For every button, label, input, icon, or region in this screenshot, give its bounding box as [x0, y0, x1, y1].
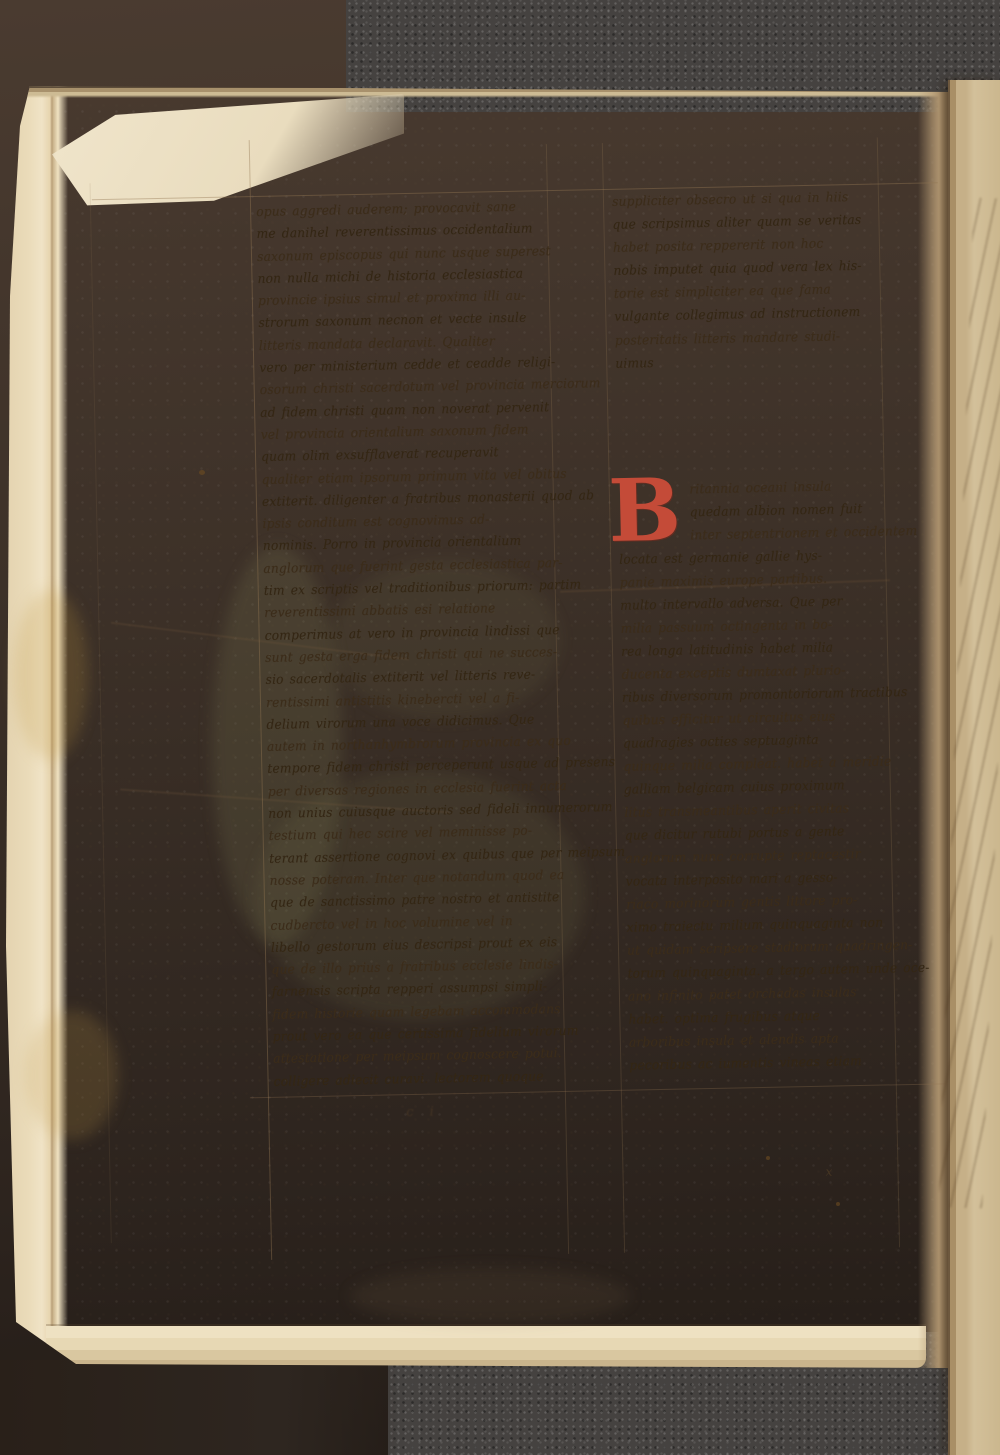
facing-page-edge	[948, 80, 1000, 1455]
quire-signature-mark: c i	[406, 1104, 440, 1120]
text-column-right: suppliciter obsecro ut si qua in hiisque…	[612, 185, 908, 1077]
manuscript-line: colligere adiecit curavi. lectorem quoqu…	[273, 1066, 548, 1094]
manuscript-line: pecoribus ac iumentis vineas etiam	[629, 1049, 891, 1077]
text-column-left: opus aggredi auderem; provocavit saneme …	[256, 196, 566, 1094]
written-area: opus aggredi auderem; provocavit saneme …	[0, 0, 1000, 1455]
manuscript-line: uimus	[615, 347, 877, 375]
britannia-paragraph-lines: ritannia oceani insulaquedam albion nome…	[618, 474, 908, 1077]
britannia-paragraph: B ritannia oceani insulaquedam albion no…	[618, 474, 908, 1077]
manuscript-photo: opus aggredi auderem; provocavit saneme …	[0, 0, 1000, 1455]
facing-page-text-blur	[938, 198, 1000, 1209]
margin-annotation-mark: x	[825, 1165, 832, 1179]
preface-closing-paragraph: suppliciter obsecro ut si qua in hiisque…	[612, 185, 894, 375]
ruling-line-outer-margin	[90, 183, 112, 1243]
